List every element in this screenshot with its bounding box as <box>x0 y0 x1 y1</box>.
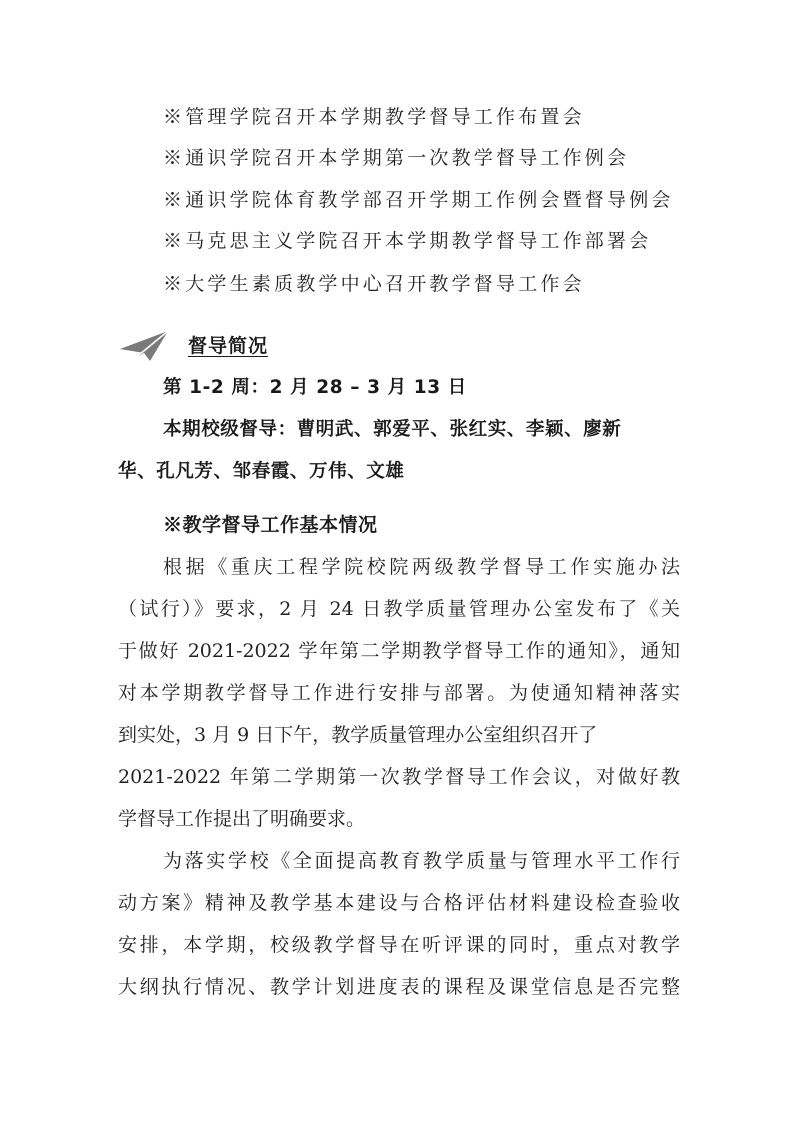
paragraph-line: 对本学期教学督导工作进行安排与部署。为使通知精神落实 <box>118 681 680 705</box>
subsection-heading: ※教学督导工作基本情况 <box>163 510 378 537</box>
paragraph-line: 大纲执行情况、教学计划进度表的课程及课堂信息是否完整 <box>118 975 680 999</box>
news-bullet-item: ※马克思主义学院召开本学期教学督导工作部署会 <box>163 229 651 253</box>
news-bullet-item: ※通识学院体育教学部召开学期工作例会暨督导例会 <box>163 188 674 212</box>
paragraph-line: 根据《重庆工程学院校院两级教学督导工作实施办法 <box>163 555 680 579</box>
paragraph-line: 2021-2022 年第二学期第一次教学督导工作会议，对做好教 <box>118 765 680 789</box>
section-title: 督导简况 <box>188 331 268 358</box>
document-page: ※管理学院召开本学期教学督导工作布置会 ※通识学院召开本学期第一次教学督导工作例… <box>0 0 793 1122</box>
news-bullet-item: ※通识学院召开本学期第一次教学督导工作例会 <box>163 146 629 170</box>
supervisors-line: 华、孔凡芳、邹春霞、万伟、文雄 <box>118 460 405 484</box>
news-bullet-item: ※管理学院召开本学期教学督导工作布置会 <box>163 105 585 129</box>
news-bullet-item: ※大学生素质教学中心召开教学督导工作会 <box>163 272 585 296</box>
paragraph-line: 于做好 2021-2022 学年第二学期教学督导工作的通知》，通知 <box>118 639 680 663</box>
paper-plane-icon <box>120 331 170 361</box>
paragraph-line: （试行）》要求，2 月 24 日教学质量管理办公室发布了《关 <box>118 597 680 621</box>
paragraph-line: 为落实学校《全面提高教育教学质量与管理水平工作行 <box>163 849 680 873</box>
period-line: 第 1-2 周：2 月 28 – 3 月 13 日 <box>163 376 467 400</box>
paragraph-line: 动方案》精神及教学基本建设与合格评估材料建设检查验收 <box>118 891 680 915</box>
section-header: 督导简况 <box>118 325 418 365</box>
supervisors-line: 本期校级督导：曹明武、郭爱平、张红实、李颖、廖新 <box>163 418 621 442</box>
paragraph-line: 学督导工作提出了明确要求。 <box>118 807 680 831</box>
paragraph-line: 到实处，3 月 9 日下午，教学质量管理办公室组织召开了 <box>118 723 680 747</box>
paragraph-line: 安排，本学期，校级教学督导在听评课的同时，重点对教学 <box>118 933 680 957</box>
